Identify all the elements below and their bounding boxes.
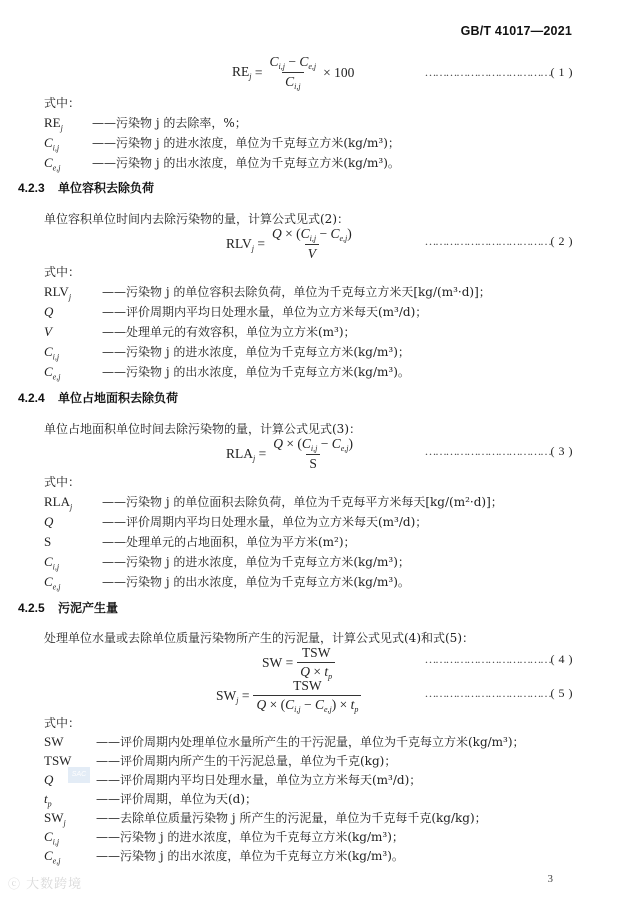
equation-1-number: ………………………………( 1 ) [425, 65, 574, 80]
where-label-3: 式中： [44, 473, 80, 490]
definition-item: Q——评价周期内平均日处理水量，单位为立方米每天(m³/d)； [44, 303, 427, 320]
section-intro: 单位容积单位时间内去除污染物的量，计算公式见式(2)： [44, 210, 349, 227]
section-heading-4-2-3: 4.2.3单位容积去除负荷 [18, 179, 154, 196]
eq2-fraction: Q × (Ci,j − Ce,j) V [269, 226, 355, 262]
definition-item: Ci,j——污染物 j 的进水浓度，单位为千克每立方米(kg/m³)； [44, 553, 410, 572]
eq5-fraction: TSW Q × (Ci,j − Ce,j) × tp [253, 678, 361, 714]
eq4-fraction: TSW Q × tp [297, 645, 335, 681]
definition-item: S——处理单元的占地面积，单位为平方米(m²)； [44, 533, 356, 550]
equation-1: REj = Ci,j − Ce,j Ci,j × 100 [232, 54, 354, 91]
section-intro: 单位占地面积单位时间去除污染物的量，计算公式见式(3)： [44, 420, 361, 437]
equation-4: SW = TSW Q × tp [262, 645, 339, 681]
definition-item: SWj——去除单位质量污染物 j 所产生的污泥量，单位为千克每千克(kg/kg)… [44, 809, 487, 828]
equation-3-number: ………………………………( 3 ) [425, 444, 574, 459]
definition-item: RLVj——污染物 j 的单位容积去除负荷，单位为千克每立方米天[kg/(m³·… [44, 283, 491, 302]
sac-stamp-watermark: SAC [68, 767, 90, 783]
definition-item: Ce,j——污染物 j 的出水浓度，单位为千克每立方米(kg/m³)。 [44, 573, 410, 592]
definition-item: Ci,j——污染物 j 的进水浓度，单位为千克每立方米(kg/m³)； [44, 343, 410, 362]
standard-number: GB/T 41017—2021 [461, 24, 572, 38]
equation-4-number: ………………………………( 4 ) [425, 652, 574, 667]
definition-item: Ce,j——污染物 j 的出水浓度，单位为千克每立方米(kg/m³)。 [44, 847, 404, 866]
equation-3: RLAj = Q × (Ci,j − Ce,j) S [226, 436, 360, 472]
definition-item: Ce,j——污染物 j 的出水浓度，单位为千克每立方米(kg/m³)。 [44, 363, 410, 382]
page-number: 3 [548, 873, 554, 885]
definition-item: Ce,j——污染物 j 的出水浓度，单位为千克每立方米(kg/m³)。 [44, 154, 400, 173]
equation-2: RLVj = Q × (Ci,j − Ce,j) V [226, 226, 359, 262]
section-intro: 处理单位水量或去除单位质量污染物所产生的污泥量，计算公式见式(4)和式(5)： [44, 629, 474, 646]
definition-item: tp——评价周期，单位为天(d)； [44, 790, 257, 809]
equation-2-number: ………………………………( 2 ) [425, 234, 574, 249]
definition-item: REj——污染物 j 的去除率，%； [44, 114, 247, 133]
definition-item: Q——评价周期内平均日处理水量，单位为立方米每天(m³/d)； [44, 513, 427, 530]
section-heading-4-2-5: 4.2.5污泥产生量 [18, 599, 118, 616]
definition-item: Ci,j——污染物 j 的进水浓度，单位为千克每立方米(kg/m³)； [44, 828, 404, 847]
eq1-lhs: REj [232, 64, 252, 81]
definition-item: SW——评价周期内处理单位水量所产生的干污泥量，单位为千克每立方米(kg/m³)… [44, 733, 525, 750]
where-label-1: 式中： [44, 94, 80, 111]
section-heading-4-2-4: 4.2.4单位占地面积去除负荷 [18, 389, 178, 406]
equation-5: SWj = TSW Q × (Ci,j − Ce,j) × tp [216, 678, 365, 714]
eq1-fraction: Ci,j − Ce,j Ci,j [267, 54, 320, 91]
watermark: ⓒ 大数跨境 [8, 873, 82, 892]
eq3-fraction: Q × (Ci,j − Ce,j) S [270, 436, 356, 472]
equation-5-number: ………………………………( 5 ) [425, 686, 574, 701]
definition-item: Q——评价周期内平均日处理水量，单位为立方米每天(m³/d)； [44, 771, 421, 788]
definition-item: TSW——评价周期内所产生的干污泥总量，单位为千克(kg)； [44, 752, 396, 769]
where-label-2: 式中： [44, 263, 80, 280]
weibo-logo-icon: ⓒ [8, 877, 21, 891]
definition-item: RLAj——污染物 j 的单位面积去除负荷，单位为千克每平方米每天[kg/(m²… [44, 493, 503, 512]
definition-item: Ci,j——污染物 j 的进水浓度，单位为千克每立方米(kg/m³)； [44, 134, 400, 153]
where-label-4: 式中： [44, 714, 80, 731]
definition-item: V——处理单元的有效容积，单位为立方米(m³)； [44, 323, 356, 340]
